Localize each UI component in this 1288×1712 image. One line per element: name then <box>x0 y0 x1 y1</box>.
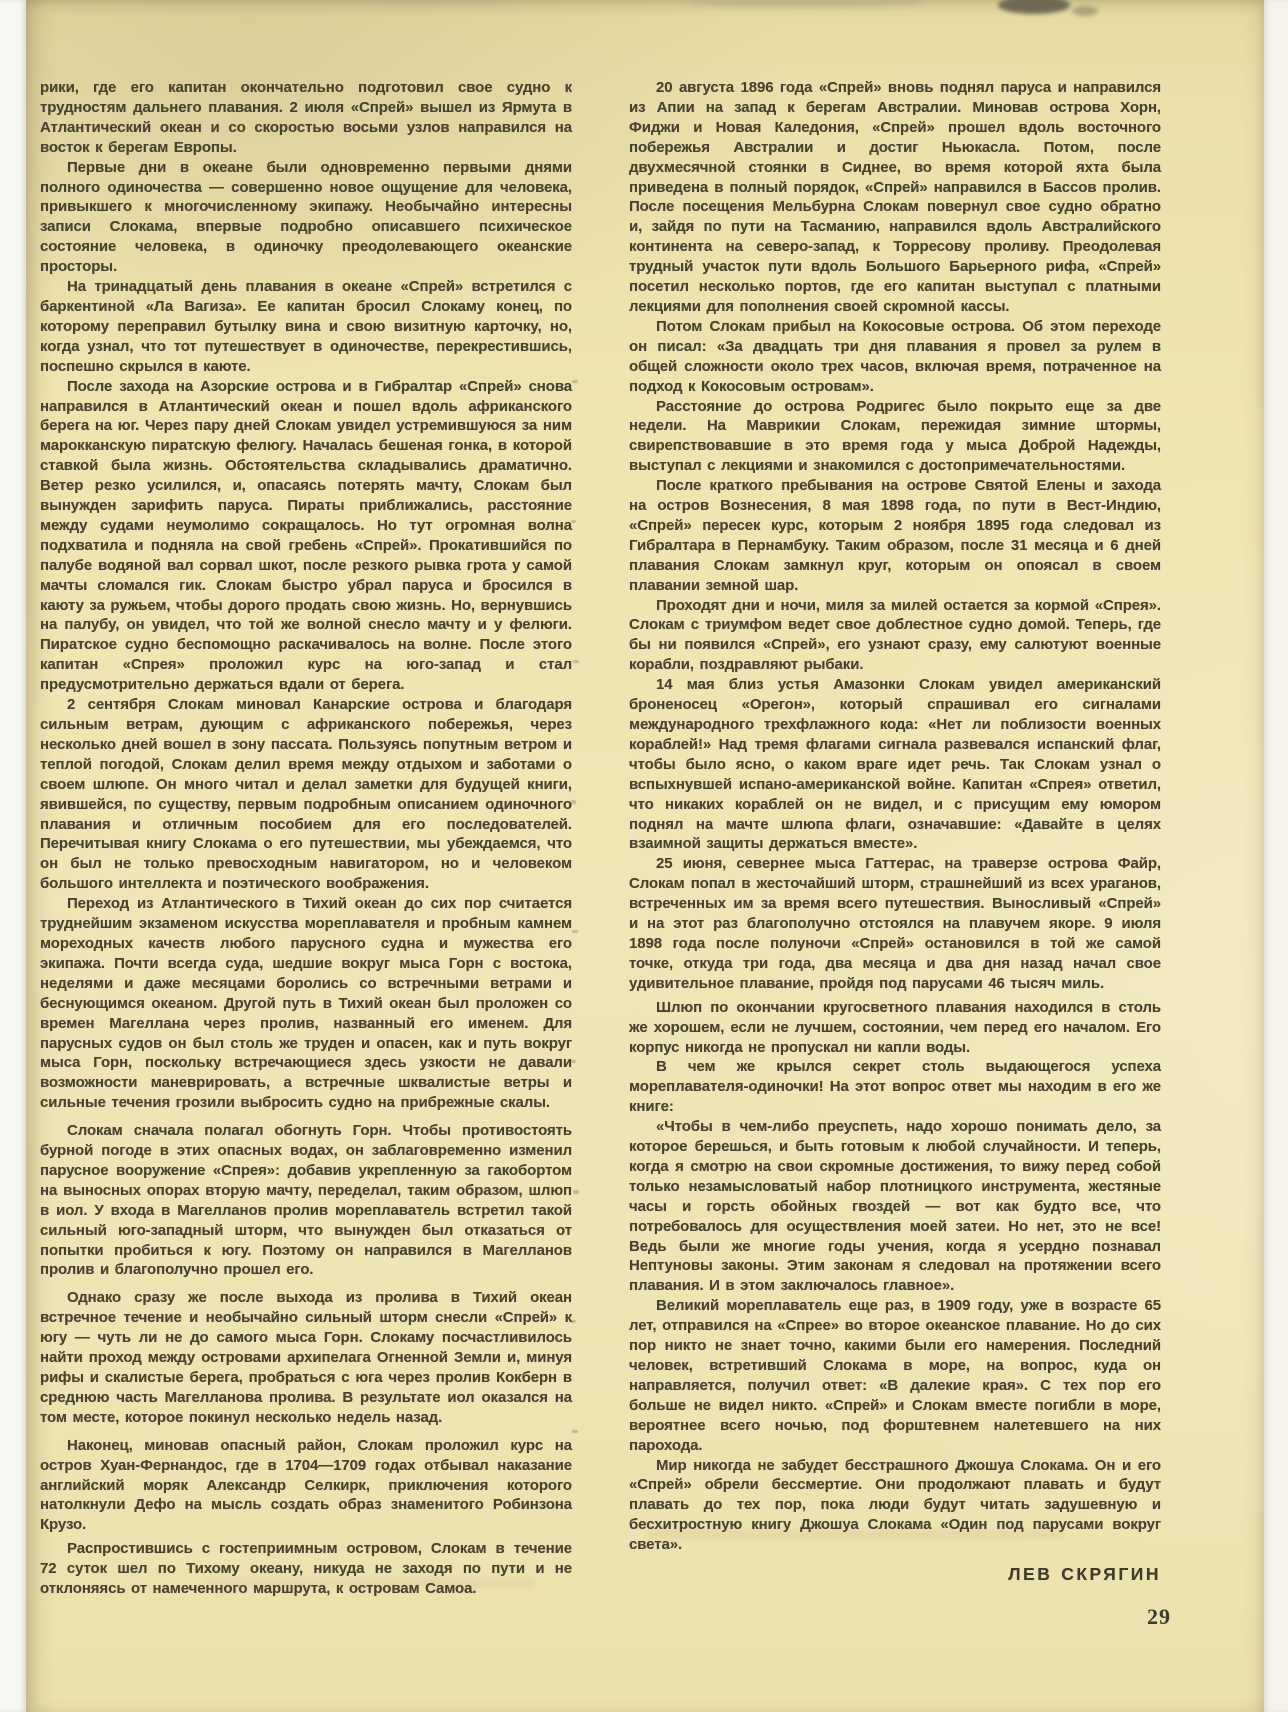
paragraph: Шлюп по окончании кругосветного плавания… <box>629 998 1161 1058</box>
author-signature: ЛЕВ СКРЯГИН <box>629 1565 1161 1585</box>
paragraph: После краткого пребывания на острове Свя… <box>629 476 1161 595</box>
paragraph: Потом Слокам прибыл на Кокосовые острова… <box>629 317 1161 397</box>
paragraph: Слокам сначала полагал обогнуть Горн. Чт… <box>40 1121 572 1280</box>
text-column-right: 20 августа 1896 года «Спрей» вновь подня… <box>629 78 1161 1585</box>
scan-smudge <box>1072 6 1098 16</box>
scan-smudge <box>998 0 1070 14</box>
paragraph: Проходят дни и ночи, миля за милей остае… <box>629 596 1161 676</box>
paragraph: Распростившись с гостеприимным островом,… <box>40 1539 572 1599</box>
paragraph: Однако сразу же после выхода из пролива … <box>40 1288 572 1427</box>
ink-speck <box>572 930 578 933</box>
ink-speck <box>572 1430 578 1433</box>
scan-streak <box>686 0 926 7</box>
paragraph: Мир никогда не забудет бесстрашного Джош… <box>629 1456 1161 1556</box>
paragraph: Расстояние до острова Родригес было покр… <box>629 397 1161 477</box>
paragraph: После захода на Азорские острова и в Гиб… <box>40 377 572 696</box>
paragraph: В чем же крылся секрет столь выдающегося… <box>629 1057 1161 1117</box>
ink-speck <box>572 380 578 383</box>
scan-edge-right <box>1264 0 1288 1712</box>
paragraph: рики, где его капитан окончательно подго… <box>40 78 572 158</box>
paragraph: 2 сентября Слокам миновал Канарские остр… <box>40 695 572 894</box>
page-number: 29 <box>1147 1604 1207 1630</box>
paragraph: Переход из Атлантического в Тихий океан … <box>40 894 572 1113</box>
text-column-left: рики, где его капитан окончательно подго… <box>40 78 572 1599</box>
scan-streak <box>356 0 516 5</box>
paragraph: Великий мореплаватель еще раз, в 1909 го… <box>629 1296 1161 1455</box>
ink-speck <box>573 660 579 663</box>
scan-edge-left <box>0 0 26 1712</box>
paragraph: 20 августа 1896 года «Спрей» вновь подня… <box>629 78 1161 317</box>
paragraph: 14 мая близ устья Амазонки Слокам увидел… <box>629 675 1161 854</box>
ink-speck <box>573 1190 579 1194</box>
paragraph: Первые дни в океане были одновременно пе… <box>40 158 572 277</box>
paragraph: «Чтобы в чем-либо преуспеть, надо хорошо… <box>629 1117 1161 1296</box>
scanned-magazine-page: { "page": { "number": "29", "author": "Л… <box>0 0 1288 1712</box>
paragraph: 25 июня, севернее мыса Гаттерас, на трав… <box>629 854 1161 993</box>
paragraph: На тринадцатый день плавания в океане «С… <box>40 277 572 377</box>
paragraph: Наконец, миновав опасный район, Слокам п… <box>40 1436 572 1536</box>
